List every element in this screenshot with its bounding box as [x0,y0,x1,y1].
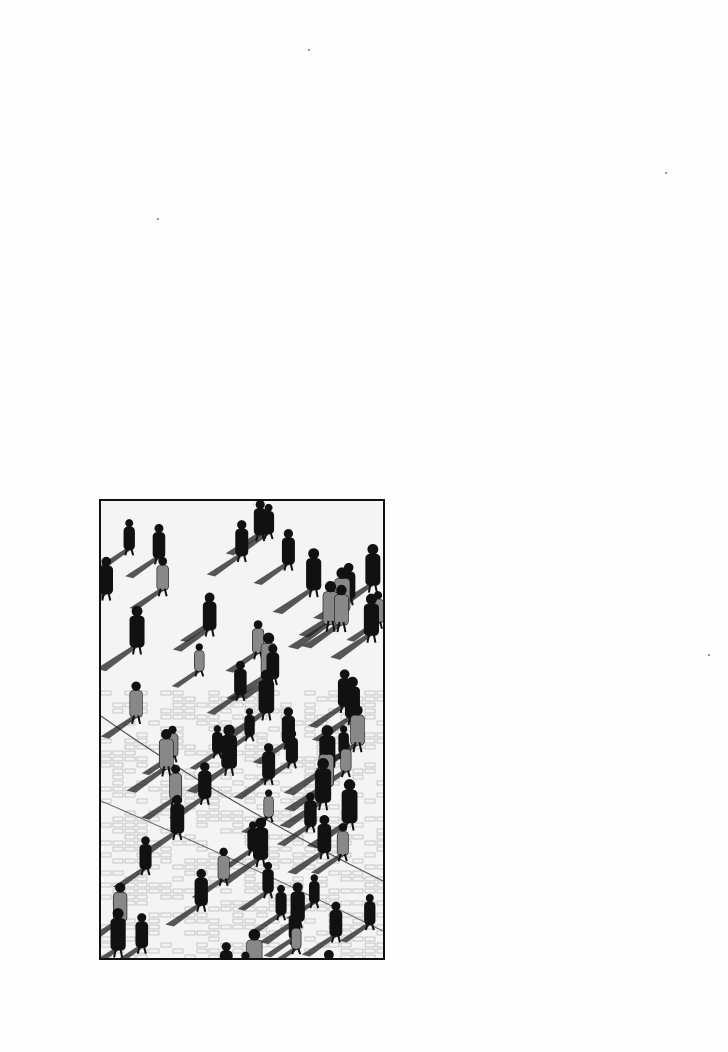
paper-speck [308,49,310,51]
paper-speck [157,218,159,220]
crowd-panel [99,499,385,960]
paper-speck [708,654,710,656]
manga-page [0,0,728,1052]
paper-speck [665,172,667,174]
crowd-illustration [101,501,383,958]
